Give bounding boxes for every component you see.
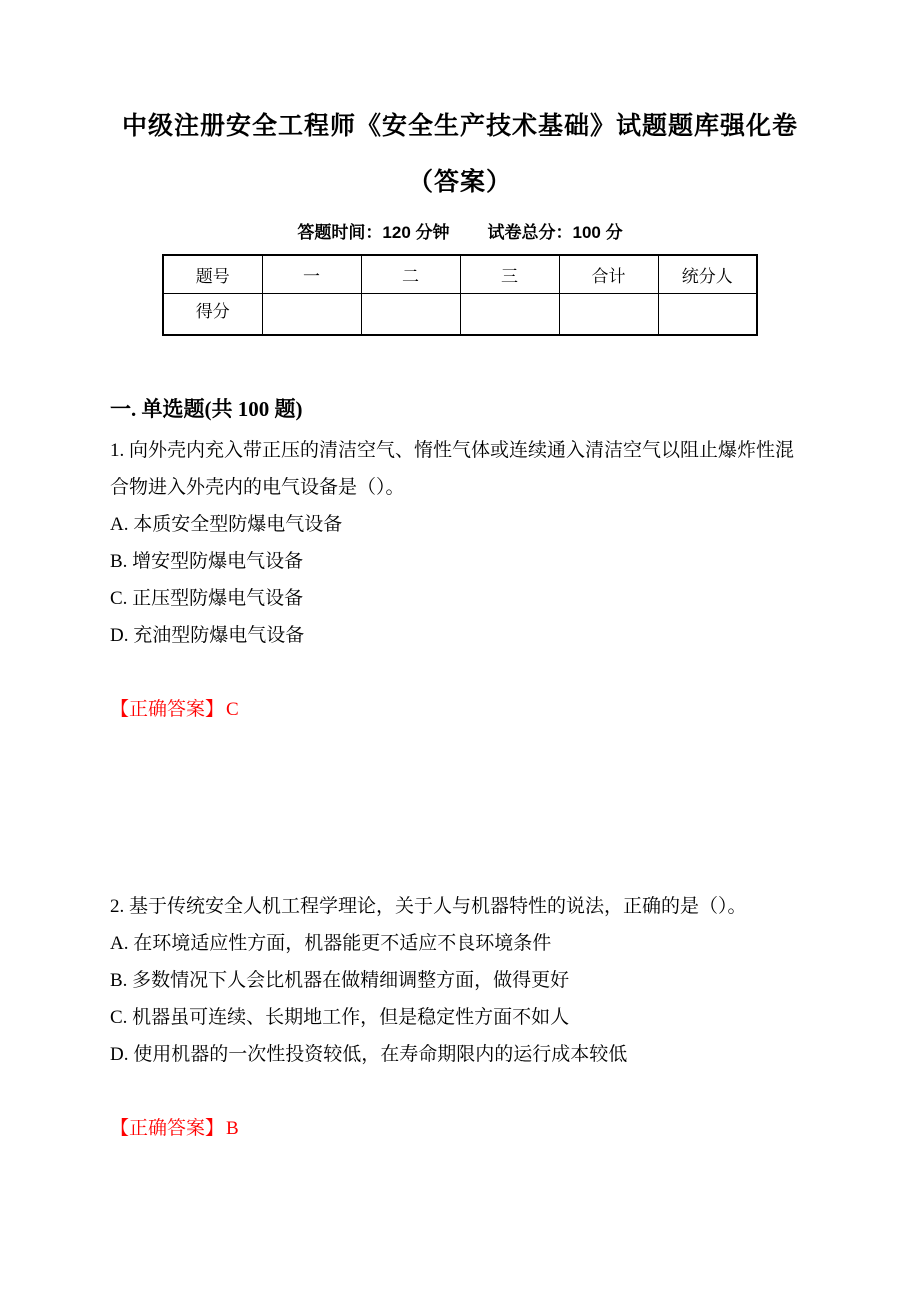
score-table-header-cell: 统分人	[658, 255, 757, 293]
question-1-option-b: B. 增安型防爆电气设备	[110, 543, 810, 580]
score-table-header-cell: 题号	[163, 255, 262, 293]
question-1-option-d: D. 充油型防爆电气设备	[110, 617, 810, 654]
question-1-option-c: C. 正压型防爆电气设备	[110, 580, 810, 617]
score-table-header-cell: 二	[361, 255, 460, 293]
score-empty-cell	[559, 293, 658, 335]
section-heading: 一. 单选题(共 100 题)	[110, 396, 810, 422]
question-2-answer: 【正确答案】B	[110, 1117, 810, 1141]
document-content: 中级注册安全工程师《安全生产技术基础》试题题库强化卷（答案） 答题时间：120 …	[0, 98, 920, 1141]
exam-time-label: 答题时间：120 分钟	[297, 223, 449, 242]
question-1-option-a: A. 本质安全型防爆电气设备	[110, 506, 810, 543]
score-empty-cell	[262, 293, 361, 335]
question-2-text: 2. 基于传统安全人机工程学理论，关于人与机器特性的说法，正确的是（）。	[110, 888, 810, 925]
exam-total-score-label: 试卷总分：100 分	[488, 223, 623, 242]
score-table-header-cell: 合计	[559, 255, 658, 293]
score-table-header-cell: 三	[460, 255, 559, 293]
question-1-answer: 【正确答案】C	[110, 698, 810, 722]
page-title: 中级注册安全工程师《安全生产技术基础》试题题库强化卷（答案）	[110, 98, 810, 210]
score-table-score-row: 得分	[163, 293, 757, 335]
score-table-header-cell: 一	[262, 255, 361, 293]
question-2-option-d: D. 使用机器的一次性投资较低，在寿命期限内的运行成本较低	[110, 1036, 810, 1073]
question-1-text: 1. 向外壳内充入带正压的清洁空气、惰性气体或连续通入清洁空气以阻止爆炸性混合物…	[110, 432, 810, 506]
question-1: 1. 向外壳内充入带正压的清洁空气、惰性气体或连续通入清洁空气以阻止爆炸性混合物…	[110, 432, 810, 722]
score-row-label-cell: 得分	[163, 293, 262, 335]
exam-info-line: 答题时间：120 分钟试卷总分：100 分	[110, 220, 810, 246]
score-table: 题号 一 二 三 合计 统分人 得分	[162, 254, 758, 336]
score-empty-cell	[361, 293, 460, 335]
score-table-header-row: 题号 一 二 三 合计 统分人	[163, 255, 757, 293]
question-2: 2. 基于传统安全人机工程学理论，关于人与机器特性的说法，正确的是（）。 A. …	[110, 888, 810, 1141]
answer-letter: B	[224, 1118, 239, 1139]
answer-label: 【正确答案】	[110, 699, 224, 720]
score-empty-cell	[460, 293, 559, 335]
question-2-option-a: A. 在环境适应性方面，机器能更不适应不良环境条件	[110, 925, 810, 962]
score-empty-cell	[658, 293, 757, 335]
question-2-option-b: B. 多数情况下人会比机器在做精细调整方面，做得更好	[110, 962, 810, 999]
answer-label: 【正确答案】	[110, 1118, 224, 1139]
question-2-option-c: C. 机器虽可连续、长期地工作，但是稳定性方面不如人	[110, 999, 810, 1036]
exam-document-page: 中级注册安全工程师《安全生产技术基础》试题题库强化卷（答案） 答题时间：120 …	[0, 0, 920, 1302]
answer-letter: C	[224, 699, 239, 720]
